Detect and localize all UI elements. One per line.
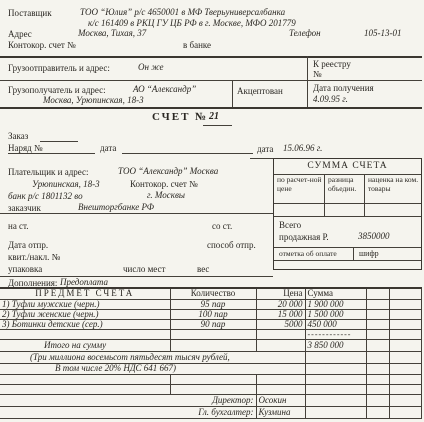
from-station-label: со ст. xyxy=(212,221,232,231)
empty-cell xyxy=(305,351,366,363)
rule xyxy=(122,153,253,154)
blank-row xyxy=(0,384,421,394)
consignee-value-line2: Москва, Урюпинская, 18-3 xyxy=(43,95,144,105)
empty-cell xyxy=(366,363,389,374)
weight-label: вес xyxy=(197,264,209,274)
col-header-price: Цена xyxy=(256,288,305,299)
director-signature-row: Директор: Осокин xyxy=(0,394,421,406)
rule xyxy=(0,213,273,214)
empty-cell xyxy=(0,329,170,339)
dashes: ------------ xyxy=(305,329,366,339)
items-table: ПРЕДМЕТ СЧЕТА Количество Цена Сумма 1) Т… xyxy=(0,287,422,419)
packaging-label: упаковка xyxy=(8,264,42,274)
rule xyxy=(274,247,421,248)
empty-cell xyxy=(366,339,389,351)
empty-cell xyxy=(170,329,256,339)
empty-cell xyxy=(389,299,421,309)
supplier-label: Поставщик xyxy=(8,8,52,18)
payer-contocor-label: Контокор. счет № xyxy=(130,179,198,189)
rule xyxy=(0,107,422,109)
consignee-value-line1: АО “Александр” xyxy=(133,84,196,94)
invoice-title: СЧЕТ № xyxy=(152,112,208,122)
empty-cell xyxy=(366,299,389,309)
date-label: дата xyxy=(100,143,116,153)
total-row-value: 3 850 000 xyxy=(305,339,366,351)
item-row: 3) Ботинки детские (сер.) 90 пар 5000 45… xyxy=(0,319,421,329)
empty-cell xyxy=(389,339,421,351)
date-right-value: 15.06.96 г. xyxy=(283,143,322,153)
sum-col-markup: наценка на ком. товары xyxy=(365,174,421,216)
empty-cell xyxy=(389,394,421,406)
item-row: 1) Туфли мужские (черн.) 95 пар 20 000 1… xyxy=(0,299,421,309)
empty-cell xyxy=(305,394,366,406)
item-name: 2) Туфли женские (черн.) xyxy=(0,309,170,319)
empty-cell xyxy=(366,319,389,329)
naryad-label: Наряд № xyxy=(8,143,43,153)
total-amount-value: 3850000 xyxy=(358,231,390,241)
dispatch-method-label: способ отпр. xyxy=(207,240,256,250)
supplier-value-line2: к/с 161409 в РКЦ ГУ ЦБ РФ в г. Москве, М… xyxy=(88,18,296,28)
rule xyxy=(0,80,422,81)
additions-value: Предоплата xyxy=(60,277,108,287)
col-header-sum: Сумма xyxy=(305,288,366,299)
payer-value-line2: Урюпинская, 18-3 xyxy=(32,179,100,189)
receipt-date-value: 4.09.95 г. xyxy=(313,94,348,104)
item-price: 20 000 xyxy=(256,299,305,309)
rule xyxy=(250,158,273,159)
empty-cell xyxy=(305,406,366,418)
receipt-invoice-label: квит./накл. № xyxy=(8,252,60,262)
total-row: Итого на сумму 3 850 000 xyxy=(0,339,421,351)
empty-cell xyxy=(366,406,389,418)
empty-cell xyxy=(305,384,366,394)
item-name: 3) Ботинки детские (сер.) xyxy=(0,319,170,329)
empty-cell xyxy=(170,384,256,394)
empty-cell xyxy=(389,351,421,363)
amount-in-words-line2: В том числе 20% НДС 641 667) xyxy=(0,363,305,374)
invoice-document: Поставщик ТОО “Юлия” р/с 4650001 в МФ Тв… xyxy=(0,0,424,422)
item-name: 1) Туфли мужские (черн.) xyxy=(0,299,170,309)
items-header-row: ПРЕДМЕТ СЧЕТА Количество Цена Сумма xyxy=(0,288,421,299)
rule xyxy=(8,153,95,154)
item-qty: 100 пар xyxy=(170,309,256,319)
empty-cell xyxy=(256,384,305,394)
amount-in-words-line1: (Три миллиона восемьсот пятьдесят тысяч … xyxy=(0,351,305,363)
empty-cell xyxy=(366,329,389,339)
empty-cell xyxy=(389,363,421,374)
sum-col-settlement-price: по расчет-ной цене xyxy=(274,174,325,216)
empty-cell xyxy=(305,363,366,374)
rule xyxy=(232,80,233,107)
rule xyxy=(307,80,308,107)
payer-value-line1: ТОО “Александр” Москва xyxy=(118,166,218,176)
rule xyxy=(274,203,421,204)
consignee-label: Грузополучатель и адрес: xyxy=(8,85,106,95)
item-qty: 95 пар xyxy=(170,299,256,309)
shipper-label: Грузоотправитель и адрес: xyxy=(8,63,110,73)
col-header-quantity: Количество xyxy=(170,288,256,299)
empty-cell xyxy=(256,374,305,384)
empty-cell xyxy=(256,339,305,351)
rule xyxy=(274,216,421,217)
payer-label: Плательщик и адрес: xyxy=(8,167,89,177)
item-sum: 450 000 xyxy=(305,319,366,329)
amount-words-row: В том числе 20% НДС 641 667) xyxy=(0,363,421,374)
empty-cell xyxy=(389,309,421,319)
empty-cell xyxy=(366,374,389,384)
blank-row xyxy=(0,374,421,384)
empty-cell xyxy=(366,351,389,363)
empty-cell xyxy=(366,394,389,406)
empty-cell xyxy=(389,288,421,299)
accepted-label: Акцептован xyxy=(237,86,283,96)
total-row-label: Итого на сумму xyxy=(0,339,170,351)
amount-words-row: (Три миллиона восемьсот пятьдесят тысяч … xyxy=(0,351,421,363)
empty-cell xyxy=(389,319,421,329)
customer-label: заказчик xyxy=(8,203,41,213)
invoice-sum-box: СУММА СЧЕТА по расчет-ной цене разница о… xyxy=(273,158,422,270)
director-label: Директор: xyxy=(0,394,256,406)
payment-mark-label: отметка об оплате xyxy=(279,250,337,259)
rule xyxy=(274,260,421,261)
rule xyxy=(307,56,308,80)
registry-label: К реестру xyxy=(313,59,351,69)
registry-number-label: № xyxy=(313,69,322,79)
item-price: 15 000 xyxy=(256,309,305,319)
rule xyxy=(40,141,78,142)
col-header-item: ПРЕДМЕТ СЧЕТА xyxy=(0,288,170,299)
item-qty: 90 пар xyxy=(170,319,256,329)
order-label: Заказ xyxy=(8,131,28,141)
empty-cell xyxy=(366,309,389,319)
receipt-date-label: Дата получения xyxy=(313,83,374,93)
in-bank-label: в банке xyxy=(183,40,211,50)
selling-price-label: продажная Р. xyxy=(279,232,329,242)
address-value: Москва, Тихая, 37 xyxy=(78,28,146,38)
invoice-number: 21 xyxy=(209,112,219,122)
cipher-label: шифр xyxy=(359,249,379,259)
accountant-label: Гл. бухгалтер: xyxy=(0,406,256,418)
places-count-label: число мест xyxy=(123,264,165,274)
dispatch-date-label: Дата отпр. xyxy=(8,240,48,250)
empty-cell xyxy=(389,374,421,384)
rule xyxy=(203,125,232,126)
accountant-name: Кузмина xyxy=(256,406,305,418)
director-name: Осокин xyxy=(256,394,305,406)
rule xyxy=(0,276,273,277)
rule xyxy=(353,247,354,260)
to-station-label: на ст. xyxy=(8,221,29,231)
address-label: Адрес xyxy=(8,29,32,39)
date-right-label: дата xyxy=(257,144,273,154)
item-sum: 1 500 000 xyxy=(305,309,366,319)
total-label: Всего xyxy=(279,220,301,230)
payer-bank-line: банк р/с 1801132 во xyxy=(8,191,83,201)
payer-city: г. Москвы xyxy=(147,190,185,200)
accountant-signature-row: Гл. бухгалтер: Кузмина xyxy=(0,406,421,418)
empty-cell xyxy=(366,384,389,394)
supplier-value-line1: ТОО “Юлия” р/с 4650001 в МФ Тверьуниверс… xyxy=(80,7,285,17)
empty-cell xyxy=(389,406,421,418)
item-row: 2) Туфли женские (черн.) 100 пар 15 000 … xyxy=(0,309,421,319)
empty-cell xyxy=(389,384,421,394)
item-sum: 1 900 000 xyxy=(305,299,366,309)
sum-box-title: СУММА СЧЕТА xyxy=(274,161,421,171)
empty-cell xyxy=(389,329,421,339)
empty-cell xyxy=(256,329,305,339)
phone-value: 105-13-01 xyxy=(364,28,402,38)
empty-cell xyxy=(170,339,256,351)
empty-cell xyxy=(366,288,389,299)
phone-label: Телефон xyxy=(289,28,321,38)
sum-col-difference: разница объедин. xyxy=(325,174,365,216)
dashes-row: ------------ xyxy=(0,329,421,339)
empty-cell xyxy=(0,374,170,384)
empty-cell xyxy=(305,374,366,384)
customer-value: Внешторгбанке РФ xyxy=(78,202,154,212)
empty-cell xyxy=(170,374,256,384)
shipper-value: Он же xyxy=(138,62,163,72)
rule xyxy=(0,56,422,58)
empty-cell xyxy=(0,384,170,394)
contocor-account-label: Контокор. счет № xyxy=(8,40,76,50)
item-price: 5000 xyxy=(256,319,305,329)
